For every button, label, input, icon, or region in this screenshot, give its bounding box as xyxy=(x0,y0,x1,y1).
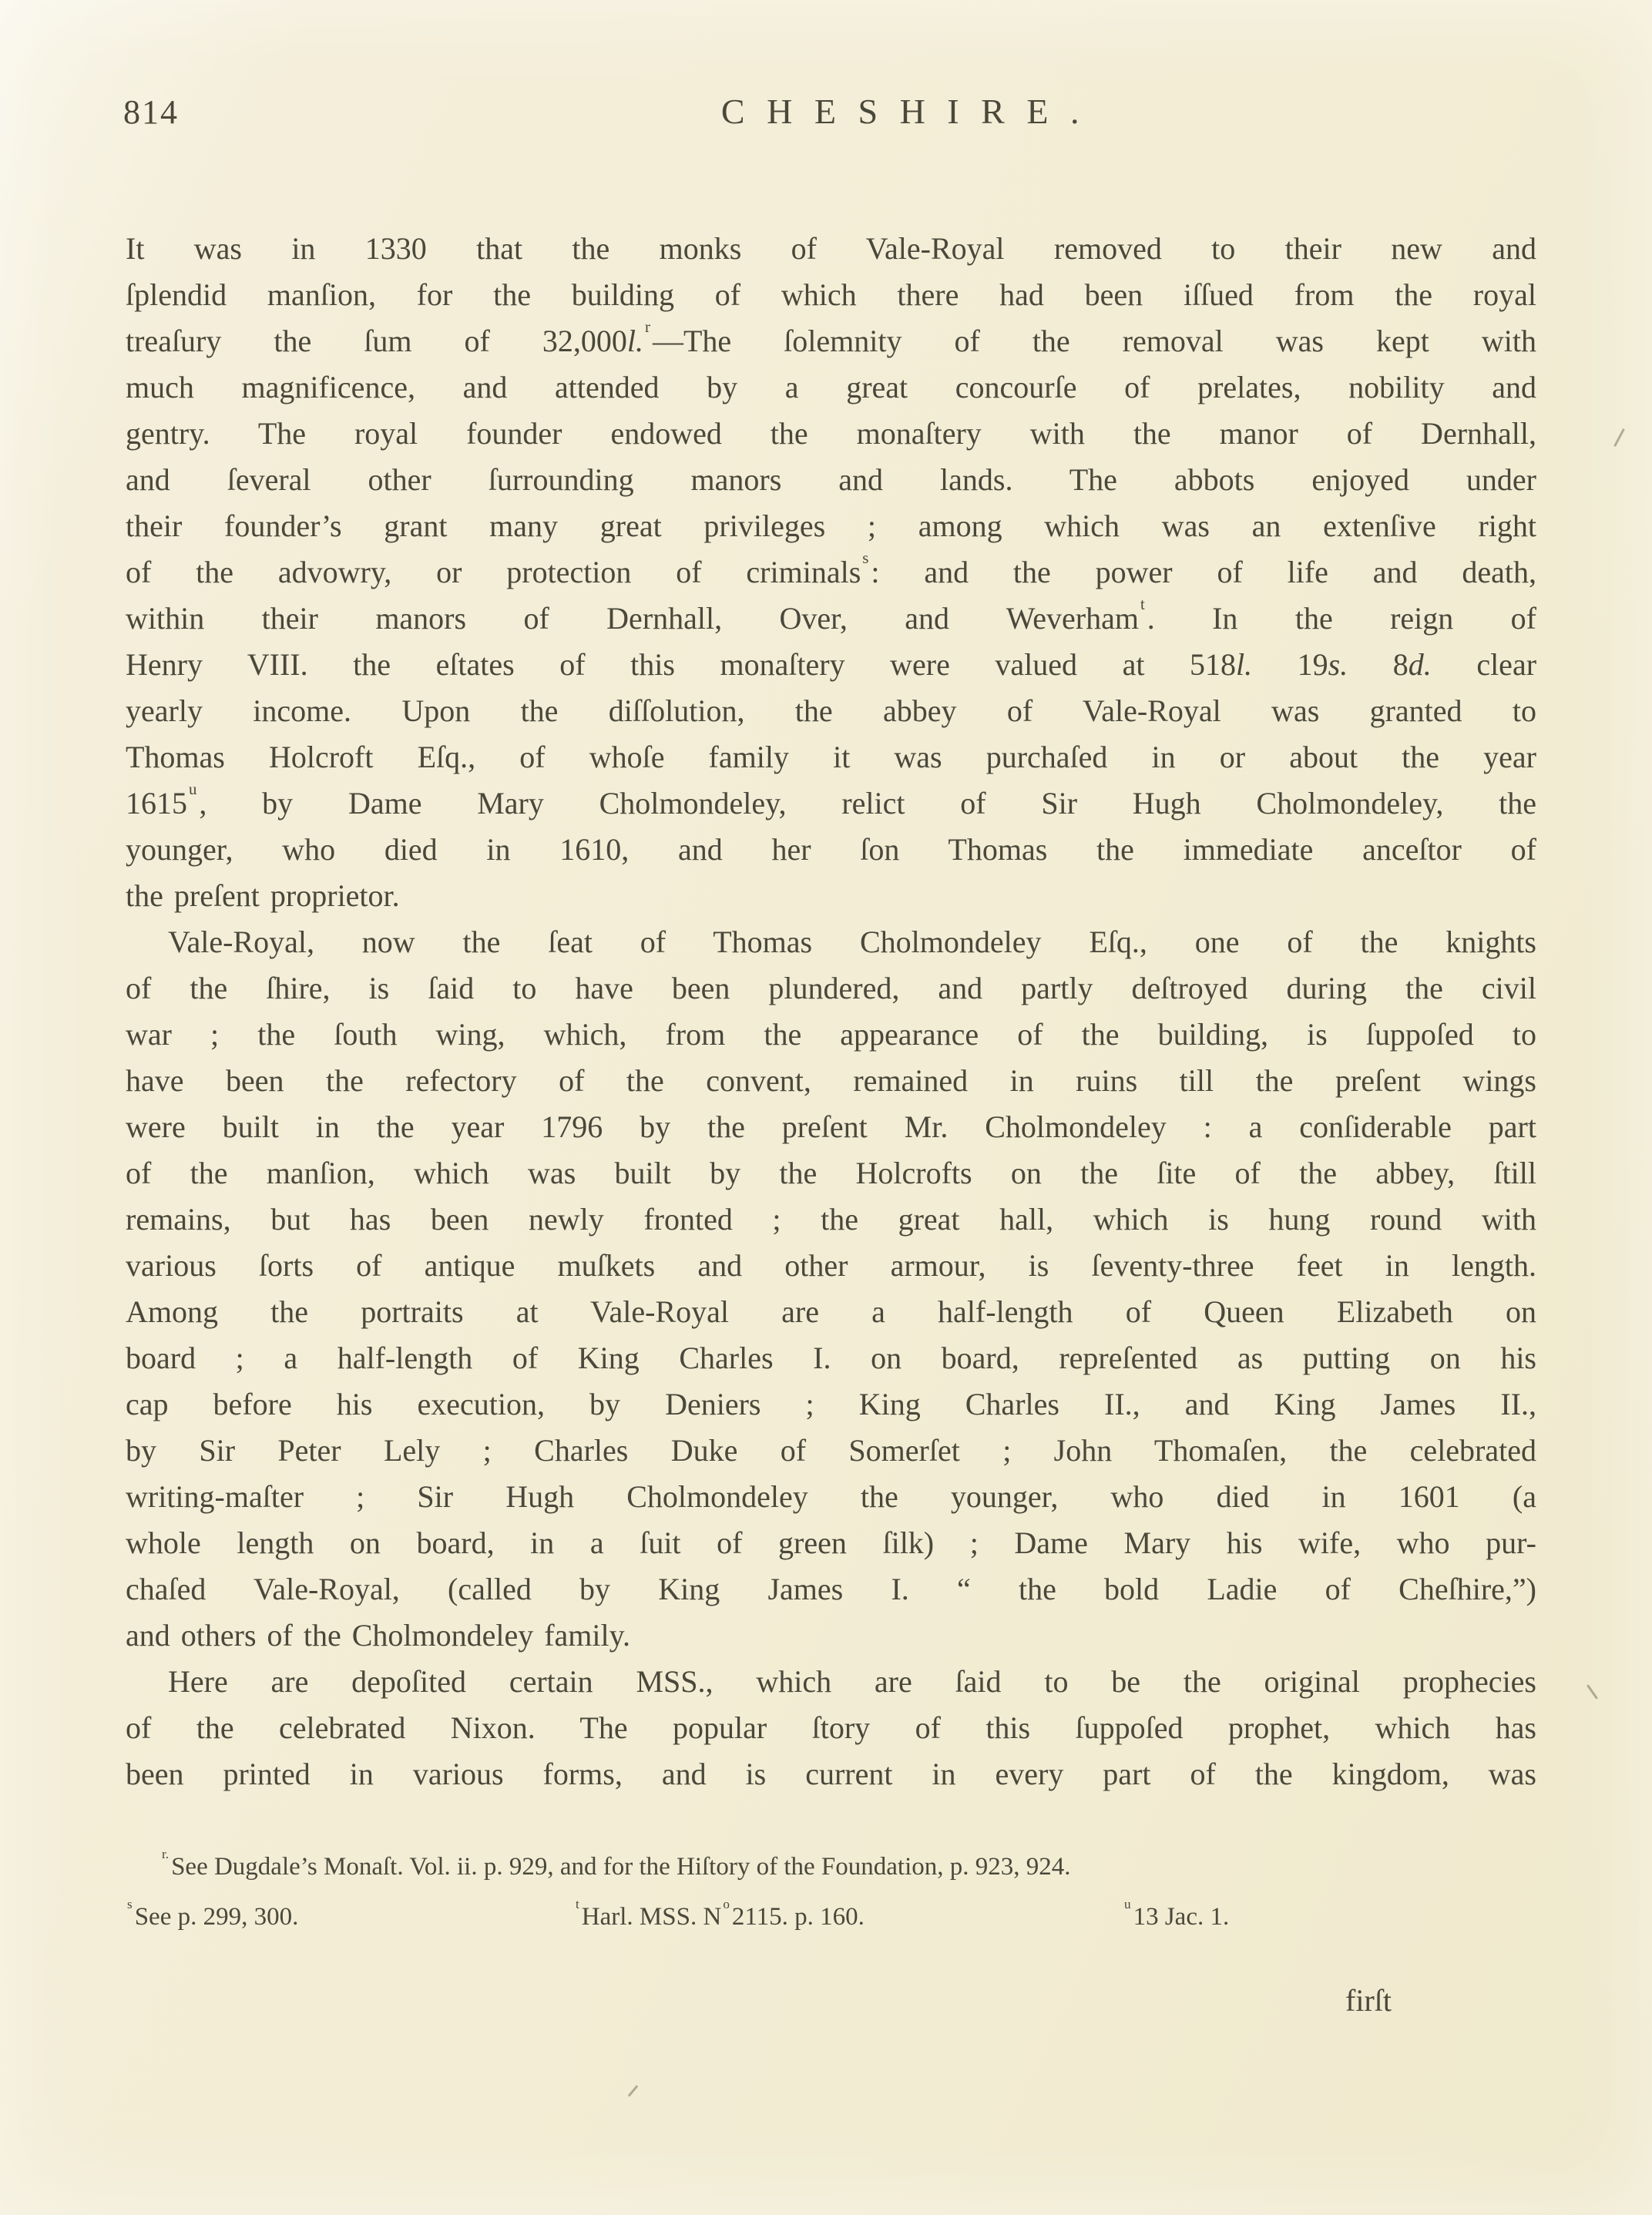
text-line: It was in 1330 that the monks of Vale-Ro… xyxy=(126,226,1536,272)
text-line: of the celebrated Nixon. The popular ſto… xyxy=(126,1705,1536,1751)
scan-speck xyxy=(1587,1684,1598,1700)
text-line: cap before his execution, by Deniers ; K… xyxy=(126,1381,1536,1428)
text-line: of the manſion, which was built by the H… xyxy=(126,1150,1536,1196)
footnote-line-1: r.See Dugdale’s Monaſt. Vol. ii. p. 929,… xyxy=(126,1842,1536,1892)
text-line: Thomas Holcroft Eſq., of whoſe family it… xyxy=(126,734,1536,780)
footnote-item: tHarl. MSS. No2115. p. 160. xyxy=(574,1892,1123,1942)
text-line: remains, but has been newly fronted ; th… xyxy=(126,1196,1536,1243)
text-line: 1615u, by Dame Mary Cholmondeley, relict… xyxy=(126,780,1536,827)
text-line: by Sir Peter Lely ; Charles Duke of Some… xyxy=(126,1428,1536,1474)
text-line: treaſury the ſum of 32,000l.r—The ſolemn… xyxy=(126,318,1536,364)
text-line: chaſed Vale-Royal, (called by King James… xyxy=(126,1566,1536,1613)
footnote-line-2: sSee p. 299, 300.tHarl. MSS. No2115. p. … xyxy=(126,1892,1536,1942)
text-line: been printed in various forms, and is cu… xyxy=(126,1751,1536,1797)
text-line: were built in the year 1796 by the preſe… xyxy=(126,1104,1536,1150)
text-line: gentry. The royal founder endowed the mo… xyxy=(126,411,1536,457)
scan-speck xyxy=(1613,428,1625,447)
text-line: much magnificence, and attended by a gre… xyxy=(126,364,1536,411)
scan-speck xyxy=(628,2085,639,2097)
text-line: and others of the Cholmondeley family. xyxy=(126,1613,1536,1659)
footnotes: r.See Dugdale’s Monaſt. Vol. ii. p. 929,… xyxy=(126,1842,1536,1942)
text-line: Among the portraits at Vale-Royal are a … xyxy=(126,1289,1536,1335)
text-line: whole length on board, in a ſuit of gree… xyxy=(126,1520,1536,1566)
text-line: and ſeveral other ſurrounding manors and… xyxy=(126,457,1536,503)
book-page: 814 CHESHIRE. It was in 1330 that the mo… xyxy=(0,0,1652,2215)
text-line: Vale-Royal, now the ſeat of Thomas Cholm… xyxy=(126,919,1536,965)
text-line: various ſorts of antique muſkets and oth… xyxy=(126,1243,1536,1289)
text-line: board ; a half-length of King Charles I.… xyxy=(126,1335,1536,1381)
paragraph: It was in 1330 that the monks of Vale-Ro… xyxy=(126,226,1536,919)
paragraph: Here are depoſited certain MSS., which a… xyxy=(126,1659,1536,1797)
text-line: of the ſhire, is ſaid to have been plund… xyxy=(126,965,1536,1012)
text-line: yearly income. Upon the diſſolution, the… xyxy=(126,688,1536,734)
text-line: have been the refectory of the convent, … xyxy=(126,1058,1536,1104)
text-line: younger, who died in 1610, and her ſon T… xyxy=(126,827,1536,873)
footnote-item: sSee p. 299, 300. xyxy=(126,1892,574,1942)
page-number: 814 xyxy=(123,92,179,132)
footnote-item: u13 Jac. 1. xyxy=(1123,1892,1536,1942)
text-line: ſplendid manſion, for the building of wh… xyxy=(126,272,1536,318)
text-line: Here are depoſited certain MSS., which a… xyxy=(126,1659,1536,1705)
text-line: Henry VIII. the eſtates of this monaſter… xyxy=(126,642,1536,688)
running-title: CHESHIRE. xyxy=(721,91,1101,132)
page-header: 814 CHESHIRE. xyxy=(0,0,1652,132)
catchword: firſt xyxy=(1345,1983,1392,2018)
text-line: war ; the ſouth wing, which, from the ap… xyxy=(126,1012,1536,1058)
text-line: of the advowry, or protection of crimina… xyxy=(126,549,1536,596)
text-line: their founder’s grant many great privile… xyxy=(126,503,1536,549)
text-line: the preſent proprietor. xyxy=(126,873,1536,919)
text-block: It was in 1330 that the monks of Vale-Ro… xyxy=(126,226,1536,1797)
paragraph: Vale-Royal, now the ſeat of Thomas Cholm… xyxy=(126,919,1536,1659)
text-line: writing-maſter ; Sir Hugh Cholmondeley t… xyxy=(126,1474,1536,1520)
catchword-row: firſt xyxy=(126,1982,1536,2019)
text-line: within their manors of Dernhall, Over, a… xyxy=(126,596,1536,642)
